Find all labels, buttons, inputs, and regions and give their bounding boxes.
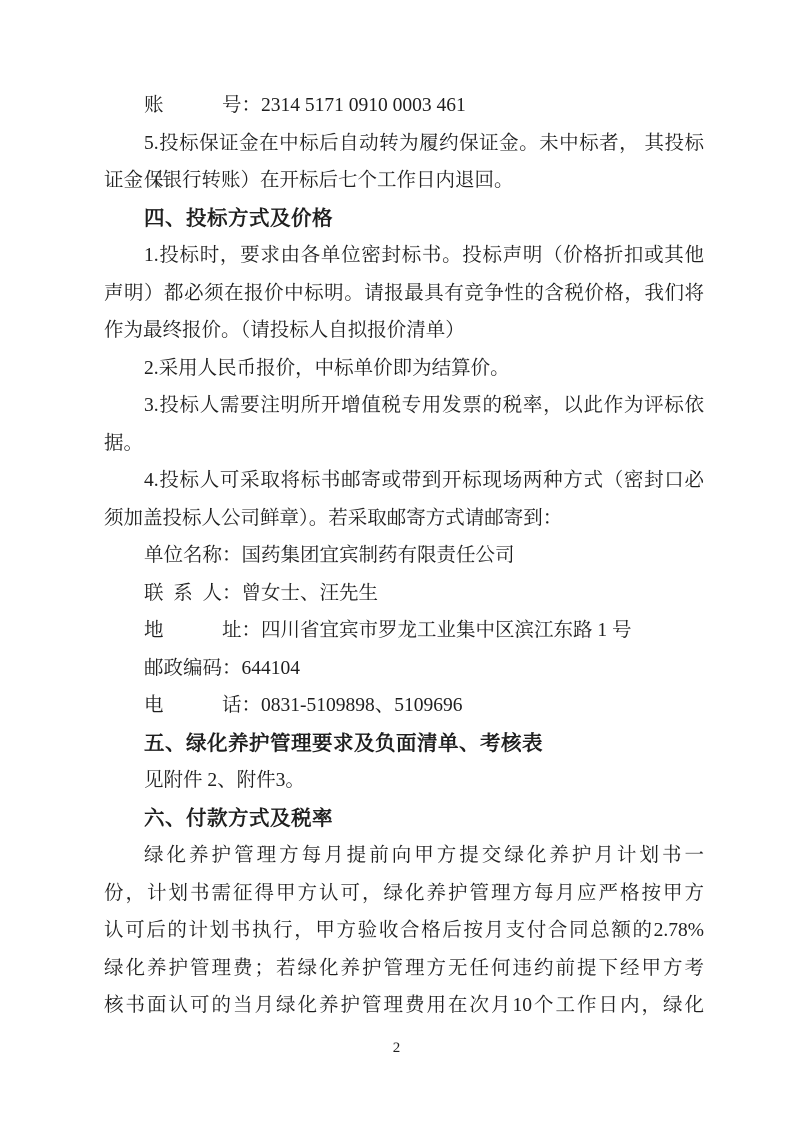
postal-code-line: 邮政编码：644104	[104, 650, 704, 688]
bid-item2-line: 2.采用人民币报价，中标单价即为结算价。	[104, 350, 704, 388]
payment-para-line-2: 份，计划书需征得甲方认可，绿化养护管理方每月应严格按甲方	[104, 875, 704, 913]
payment-para-line-5: 核书面认可的当月绿化养护管理费用在次月10个工作日内，绿化	[104, 987, 704, 1025]
section-heading-maintenance-requirements: 五、绿化养护管理要求及负面清单、考核表	[104, 725, 704, 763]
address-line: 地 址：四川省宜宾市罗龙工业集中区滨江东路 1 号	[104, 612, 704, 650]
bid-item4-line-1: 4.投标人可采取将标书邮寄或带到开标现场两种方式（密封口必	[104, 462, 704, 500]
bid-item3-line-2: 据。	[104, 425, 704, 463]
page-number: 2	[0, 1038, 793, 1058]
bid-item3-line-1: 3.投标人需要注明所开增值税专用发票的税率，以此作为评标依	[104, 387, 704, 425]
deposit-clause-line-2: 证金（银行转账）在开标后七个工作日内退回。	[104, 162, 704, 200]
company-name-line: 单位名称：国药集团宜宾制药有限责任公司	[104, 537, 704, 575]
payment-para-line-1: 绿化养护管理方每月提前向甲方提交绿化养护月计划书一	[104, 837, 704, 875]
payment-para-line-3: 认可后的计划书执行，甲方验收合格后按月支付合同总额的2.78%	[104, 912, 704, 950]
payment-para-line-4: 绿化养护管理费；若绿化养护管理方无任何违约前提下经甲方考	[104, 950, 704, 988]
bid-item1-line-2: 声明）都必须在报价中标明。请报最具有竞争性的含税价格，我们将	[104, 275, 704, 313]
bid-item1-line-3: 作为最终报价。（请投标人自拟报价清单）	[104, 312, 704, 350]
bid-item4-line-2: 须加盖投标人公司鲜章）。若采取邮寄方式请邮寄到：	[104, 500, 704, 538]
deposit-clause-line-1: 5.投标保证金在中标后自动转为履约保证金。未中标者， 其投标保	[104, 125, 704, 163]
section-heading-bid-method: 四、投标方式及价格	[104, 200, 704, 238]
document-page: 账 号：2314 5171 0910 0003 461 5.投标保证金在中标后自…	[0, 0, 793, 1122]
section-heading-payment: 六、付款方式及税率	[104, 800, 704, 838]
see-attachments-line: 见附件 2、附件3。	[104, 762, 704, 800]
phone-line: 电 话：0831-5109898、5109696	[104, 687, 704, 725]
document-body: 账 号：2314 5171 0910 0003 461 5.投标保证金在中标后自…	[104, 87, 704, 1025]
account-number-line: 账 号：2314 5171 0910 0003 461	[104, 87, 704, 125]
contact-person-line: 联 系 人：曾女士、汪先生	[104, 575, 704, 613]
bid-item1-line-1: 1.投标时，要求由各单位密封标书。投标声明（价格折扣或其他	[104, 237, 704, 275]
